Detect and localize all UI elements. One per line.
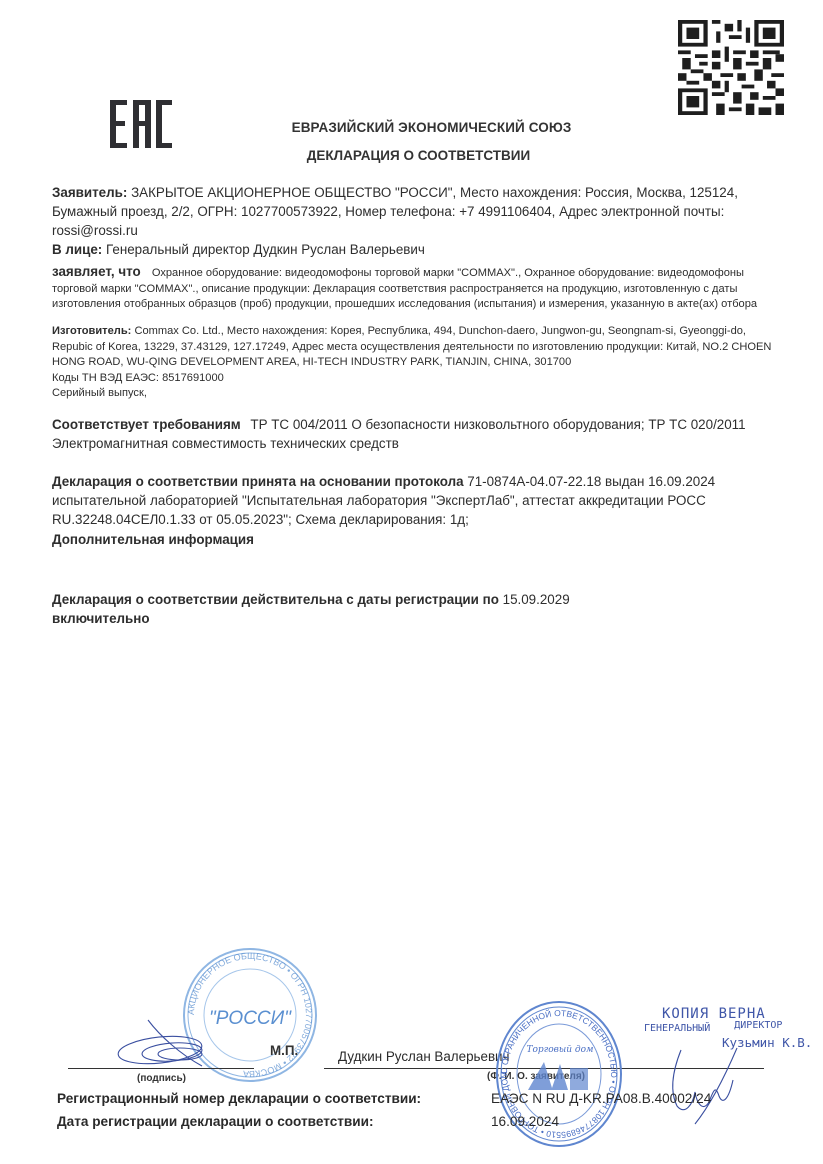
seal-right-center-text: Торговый дом: [527, 1045, 594, 1055]
document-title: ДЕКЛАРАЦИЯ О СООТВЕТСТВИИ: [0, 148, 823, 163]
manufacturer-text: Commax Co. Ltd., Место нахождения: Корея…: [52, 325, 771, 368]
declares-label: заявляет, что: [52, 264, 141, 279]
signature-caption: (подпись): [137, 1073, 186, 1084]
copy-line2-right: ДИРЕКТОР: [734, 1020, 782, 1031]
tn-ved-codes: Коды ТН ВЭД ЕАЭС: 8517691000: [52, 371, 772, 387]
registration-date-label: Дата регистрации декларации о соответств…: [57, 1114, 374, 1129]
registration-number-label: Регистрационный номер декларации о соотв…: [57, 1091, 421, 1106]
qr-code-icon: [678, 20, 784, 115]
represented-by-text: Генеральный директор Дудкин Руслан Валер…: [106, 242, 425, 257]
copy-line2-left: ГЕНЕРАЛЬНЫЙ: [644, 1023, 710, 1034]
protocol-section: Декларация о соответствии принята на осн…: [52, 472, 772, 529]
seal-mark: М.П.: [270, 1043, 298, 1058]
validity-label: Декларация о соответствии действительна …: [52, 592, 499, 607]
registration-number-value: ЕАЭС N RU Д-KR.РА08.В.40002/24: [491, 1091, 711, 1106]
certifier-signature: [655, 1046, 745, 1126]
manufacturer-label: Изготовитель:: [52, 325, 131, 337]
registration-date-value: 16.09.2024: [491, 1114, 559, 1129]
seal-left-center-text: "РОССИ": [209, 1008, 292, 1029]
signature-line: [68, 1068, 254, 1069]
copy-certification-stamp: КОПИЯ ВЕРНА ГЕНЕРАЛЬНЫЙ ДИРЕКТОР Кузьмин…: [650, 1006, 820, 1050]
protocol-label: Декларация о соответствии принята на осн…: [52, 474, 464, 489]
applicant-signature: [110, 1018, 220, 1073]
union-title: ЕВРАЗИЙСКИЙ ЭКОНОМИЧЕСКИЙ СОЮЗ: [0, 120, 823, 135]
represented-by-section: В лице: Генеральный директор Дудкин Русл…: [52, 240, 772, 259]
declares-text: Охранное оборудование: видеодомофоны тор…: [52, 267, 757, 310]
conformity-section: Соответствует требованиям ТР ТС 004/2011…: [52, 415, 772, 453]
signer-name: Дудкин Руслан Валерьевич: [338, 1049, 510, 1064]
declares-section: заявляет, что Охранное оборудование: вид…: [52, 264, 772, 313]
conformity-label: Соответствует требованиям: [52, 417, 241, 432]
production-type: Серийный выпуск,: [52, 386, 772, 402]
applicant-text: ЗАКРЫТОЕ АКЦИОНЕРНОЕ ОБЩЕСТВО "РОССИ", М…: [52, 185, 738, 238]
applicant-label: Заявитель:: [52, 185, 127, 200]
applicant-section: Заявитель: ЗАКРЫТОЕ АКЦИОНЕРНОЕ ОБЩЕСТВО…: [52, 183, 772, 240]
additional-info-label: Дополнительная информация: [52, 530, 772, 549]
represented-by-label: В лице:: [52, 242, 102, 257]
validity-date: 15.09.2029: [503, 592, 570, 607]
validity-section: Декларация о соответствии действительна …: [52, 590, 772, 628]
manufacturer-section: Изготовитель: Commax Co. Ltd., Место нах…: [52, 324, 772, 402]
validity-suffix: включительно: [52, 609, 772, 628]
